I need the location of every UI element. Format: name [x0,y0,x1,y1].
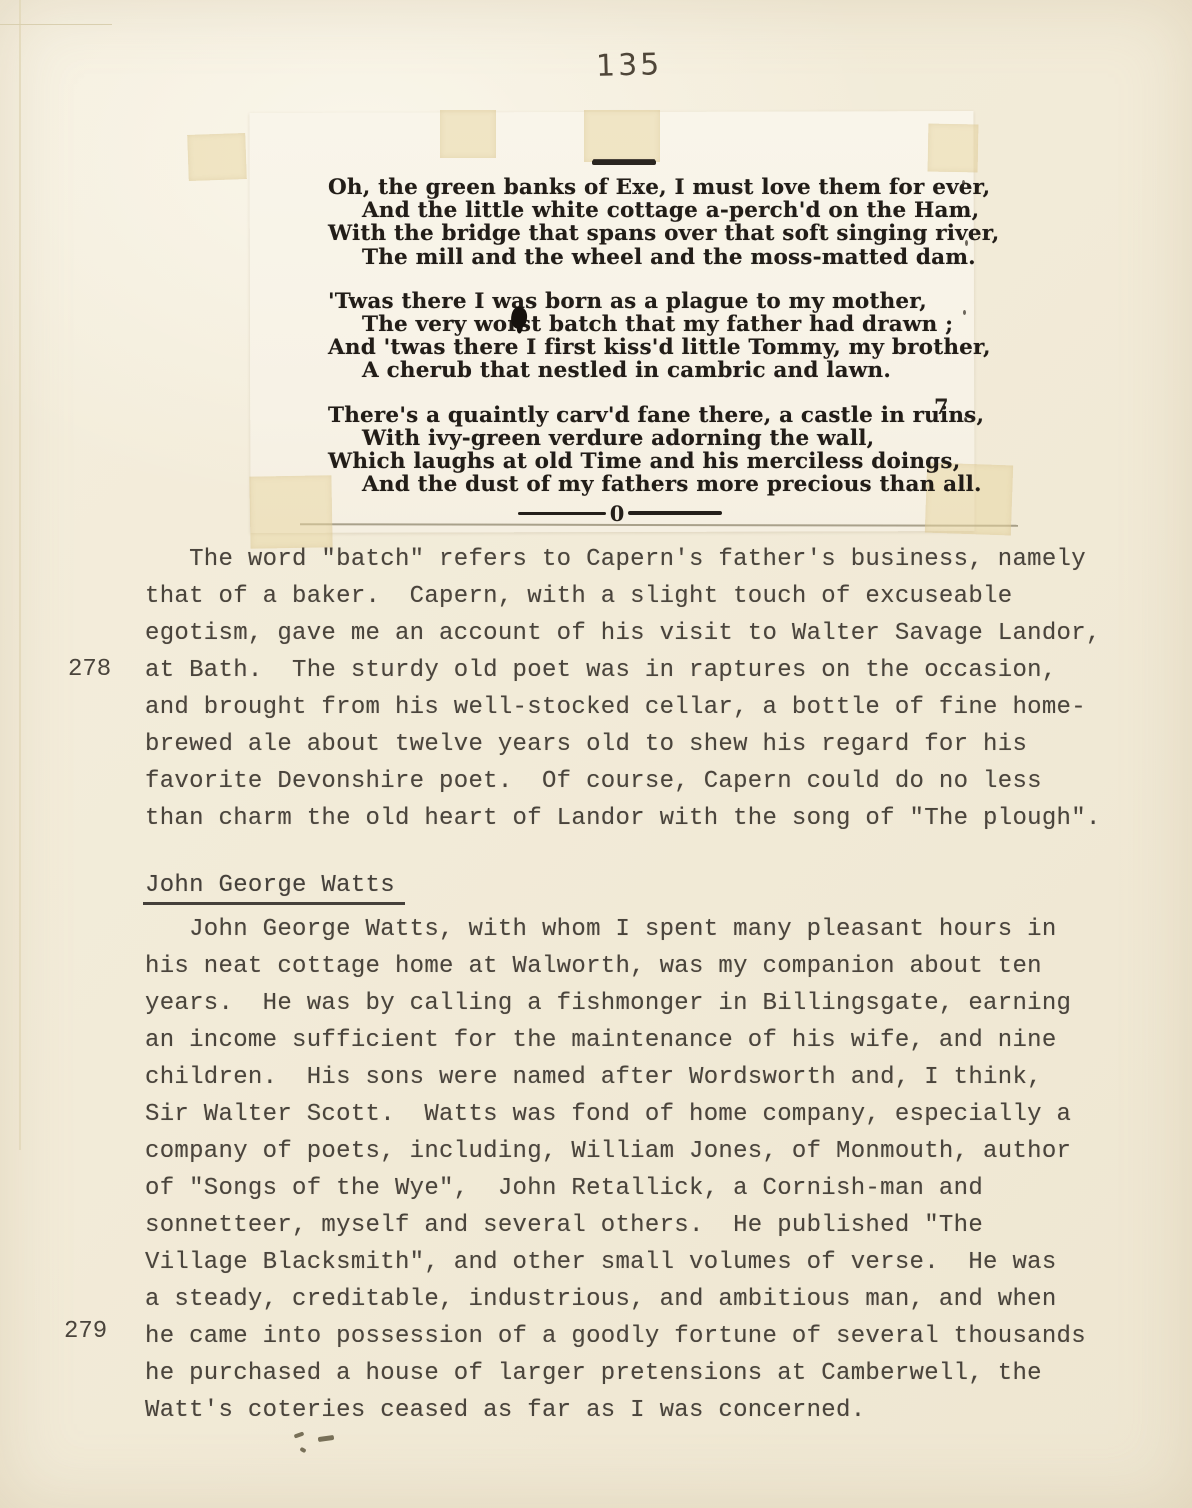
tape-patch [440,110,496,158]
poem-line: There's a quaintly carv'd fane there, a … [328,404,968,427]
scanned-page: 135 Oh, the green banks of Exe, I must l… [0,0,1192,1508]
typed-line: he came into possession of a goodly fort… [145,1318,1155,1355]
poem-line: The mill and the wheel and the moss-matt… [362,246,968,269]
typed-line: children. His sons were named after Word… [145,1059,1155,1096]
typed-line: an income sufficient for the maintenance… [145,1022,1155,1059]
poem-stanza: There's a quaintly carv'd fane there, a … [328,404,968,497]
poem-line: With the bridge that spans over that sof… [328,222,968,245]
tape-patch [584,110,660,162]
poem-line: The very worst batch that my father had … [362,313,968,336]
poem: Oh, the green banks of Exe, I must love … [328,176,968,517]
poem-line: And the little white cottage a-perch'd o… [362,199,968,222]
typed-line: Sir Walter Scott. Watts was fond of home… [145,1096,1155,1133]
typed-line: company of poets, including, William Jon… [145,1133,1155,1170]
poem-stanza: Oh, the green banks of Exe, I must love … [328,176,968,269]
margin-note-278: 278 [68,656,111,683]
poem-bottom-divider: 0 [512,500,728,526]
typed-line: Village Blacksmith", and other small vol… [145,1244,1155,1281]
typed-line: favorite Devonshire poet. Of course, Cap… [145,763,1155,800]
poem-stanza: 'Twas there I was born as a plague to my… [328,290,968,383]
typed-line: Watt's coteries ceased as far as I was c… [145,1392,1155,1429]
pen-smudge [299,1447,306,1453]
tape-patch [249,475,332,548]
poem-line: Oh, the green banks of Exe, I must love … [328,176,968,199]
typed-line: that of a baker. Capern, with a slight t… [145,578,1155,615]
poem-line: A cherub that nestled in cambric and law… [362,359,968,382]
margin-note-279: 279 [64,1318,107,1345]
typed-line: The word "batch" refers to Capern's fath… [145,541,1155,578]
tape-patch [928,124,979,173]
paragraph-2: John George Watts, with whom I spent man… [145,911,1155,1429]
divider-rule-right [628,511,722,515]
divider-o-ornament: 0 [606,503,629,524]
typed-line: egotism, gave me an account of his visit… [145,615,1155,652]
page-edge-line [0,24,112,25]
stray-print-mark: 7 [934,394,949,419]
ink-speck [962,180,965,185]
tape-patch [187,133,247,181]
typed-line: than charm the old heart of Landor with … [145,800,1155,837]
typed-line: years. He was by calling a fishmonger in… [145,985,1155,1022]
typed-line: a steady, creditable, industrious, and a… [145,1281,1155,1318]
page-crease-line [19,0,21,1150]
typed-line: John George Watts, with whom I spent man… [145,911,1155,948]
typed-line: his neat cottage home at Walworth, was m… [145,948,1155,985]
poem-line: 'Twas there I was born as a plague to my… [328,290,968,313]
typed-line: he purchased a house of larger pretensio… [145,1355,1155,1392]
ink-speck [965,240,968,246]
typed-line: sonnetteer, myself and several others. H… [145,1207,1155,1244]
section-heading: John George Watts [143,872,405,905]
pen-smudge [294,1431,305,1438]
pen-smudge [318,1435,335,1442]
poem-line: And the dust of my fathers more precious… [362,473,968,496]
typed-line: at Bath. The sturdy old poet was in rapt… [145,652,1155,689]
poem-line: With ivy-green verdure adorning the wall… [362,427,968,450]
typed-line: brewed ale about twelve years old to she… [145,726,1155,763]
paragraph-1: The word "batch" refers to Capern's fath… [145,541,1155,837]
ink-speck [964,417,967,422]
poem-line: Which laughs at old Time and his mercile… [328,450,968,473]
divider-rule-left [518,512,606,515]
typed-line: of "Songs of the Wye", John Retallick, a… [145,1170,1155,1207]
page-number: 135 [596,47,663,84]
poem-line: And 'twas there I first kiss'd little To… [328,336,968,359]
poem-top-rule [592,160,656,165]
ink-speck [963,310,966,315]
typed-line: and brought from his well-stocked cellar… [145,689,1155,726]
